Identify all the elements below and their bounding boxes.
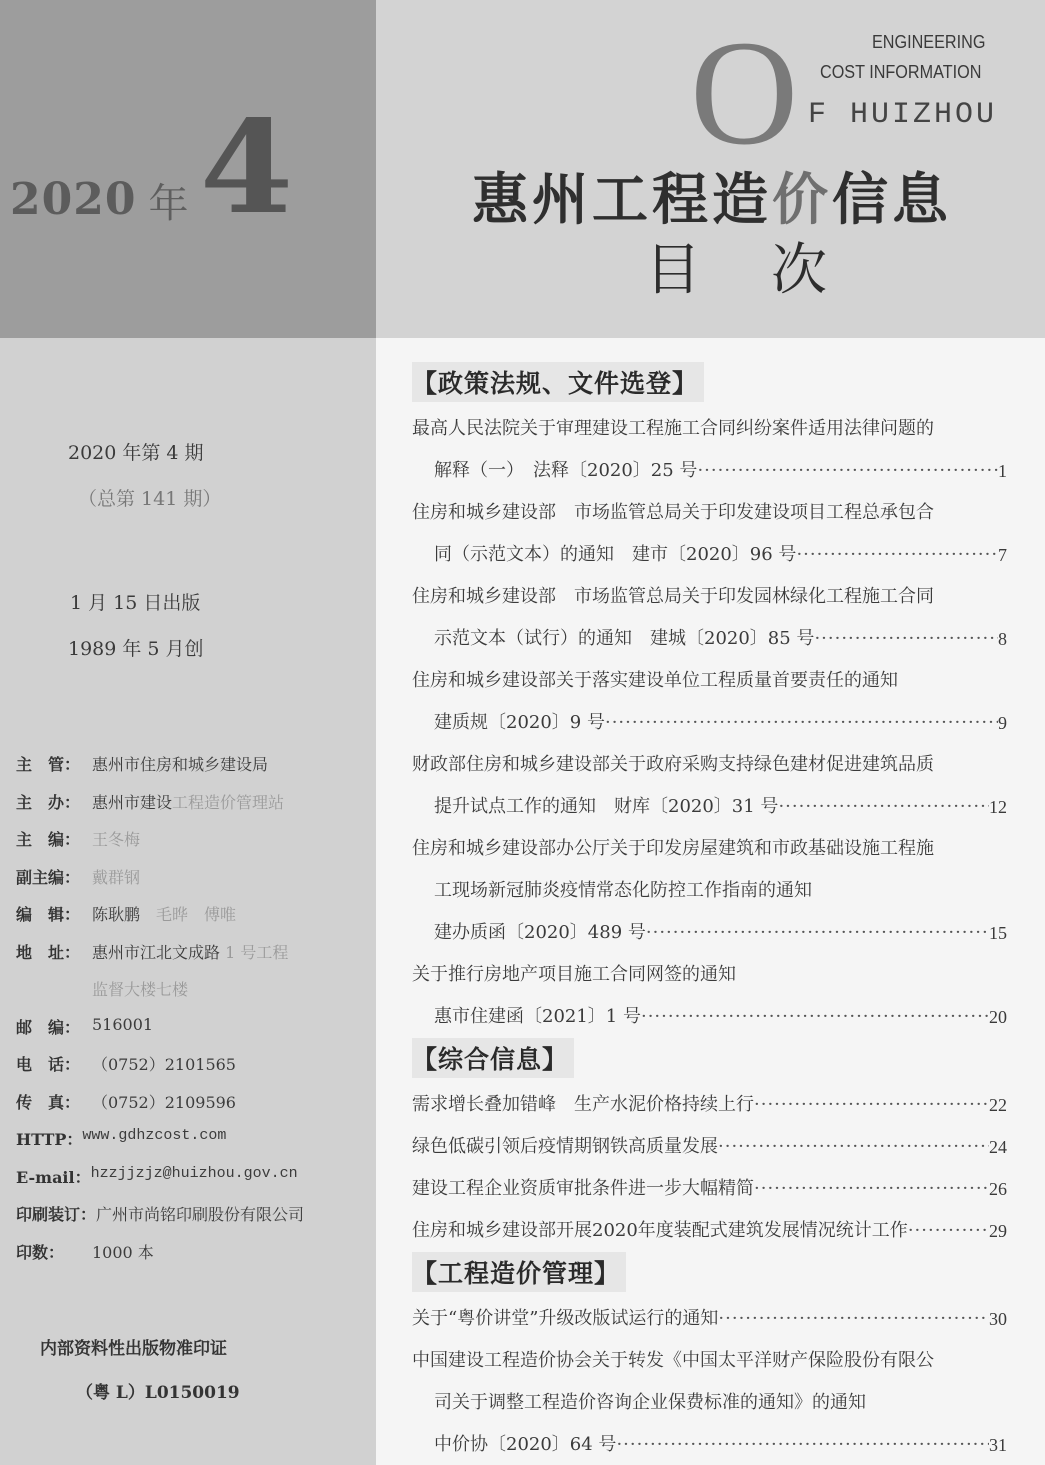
toc-entry-line[interactable]: 住房和城乡建设部关于落实建设单位工程质量首要责任的通知 <box>412 660 1007 702</box>
toc-entry-line[interactable]: 住房和城乡建设部 市场监管总局关于印发园林绿化工程施工合同 <box>412 576 1007 618</box>
toc-entry-line[interactable]: 财政部住房和城乡建设部关于政府采购支持绿色建材促进建筑品质 <box>412 744 1007 786</box>
masthead-value-text: （0752）2109596 <box>92 1093 236 1112</box>
issue-label: 2020 年第 4 期 <box>68 438 221 484</box>
toc-entry-line[interactable]: 关于推行房地产项目施工合同网签的通知 <box>412 954 1007 996</box>
title-accent-char: 价 <box>772 168 832 233</box>
toc-entry-line[interactable]: 住房和城乡建设部 市场监管总局关于印发建设项目工程总承包合 <box>412 492 1007 534</box>
toc-entry-text: 提升试点工作的通知 财库〔2020〕31 号 <box>434 786 778 828</box>
publication-info: 1 月 15 日出版 1989 年 5 月创 <box>70 588 204 680</box>
toc-entry[interactable]: 同（示范文本）的通知 建市〔2020〕96 号7 <box>412 534 1007 576</box>
founded-date: 1989 年 5 月创 <box>68 634 204 680</box>
toc-dot-leader <box>908 1210 989 1252</box>
masthead-value: （0752）2109596 <box>92 1090 236 1128</box>
masthead-value-text: 516001 <box>92 1015 153 1034</box>
masthead-value-faint: 1 号工程 <box>225 943 288 962</box>
masthead-value: 516001 <box>92 1015 153 1053</box>
masthead-value-text: 惠州市住房和城乡建设局 <box>92 755 268 774</box>
toc-heading: 目次 <box>645 240 897 302</box>
toc-entry[interactable]: 建质规〔2020〕9 号9 <box>412 702 1007 744</box>
toc-entry-text: 中国建设工程造价协会关于转发《中国太平洋财产保险股份有限公 <box>412 1340 934 1382</box>
toc-entry-text: 住房和城乡建设部开展2020年度装配式建筑发展情况统计工作 <box>412 1210 908 1252</box>
masthead-row: 邮 编：516001 <box>16 1015 304 1053</box>
masthead-row: 印刷装订：广州市尚铭印刷股份有限公司 <box>16 1202 304 1240</box>
toc-entry[interactable]: 提升试点工作的通知 财库〔2020〕31 号12 <box>412 786 1007 828</box>
toc-entry[interactable]: 需求增长叠加错峰 生产水泥价格持续上行22 <box>412 1084 1007 1126</box>
toc-page-number: 29 <box>989 1210 1007 1252</box>
logo-text-huizhou: F HUIZHOU <box>808 98 997 132</box>
toc-dot-leader <box>718 1126 989 1168</box>
masthead: 主 管：惠州市住房和城乡建设局主 办：惠州市建设工程造价管理站主 编：王冬梅副主… <box>16 752 304 1277</box>
issue-number-large: 4 <box>200 104 294 232</box>
toc-page-number: 9 <box>998 702 1007 744</box>
toc-entry-text: 住房和城乡建设部关于落实建设单位工程质量首要责任的通知 <box>412 660 898 702</box>
masthead-value-text: 陈耿鹏 <box>92 905 140 924</box>
masthead-row: 传 真：（0752）2109596 <box>16 1090 304 1128</box>
masthead-value-text: （0752）2101565 <box>92 1055 236 1074</box>
masthead-label: 主 编： <box>16 827 92 865</box>
toc-entry-line[interactable]: 工现场新冠肺炎疫情常态化防控工作指南的通知 <box>412 870 1007 912</box>
masthead-value-faint: 监督大楼七楼 <box>92 980 188 999</box>
toc-entry-line[interactable]: 司关于调整工程造价咨询企业保费标准的通知》的通知 <box>412 1382 1007 1424</box>
toc-entry-text: 关于推行房地产项目施工合同网签的通知 <box>412 954 736 996</box>
masthead-label: 副主编： <box>16 865 92 903</box>
toc-section-heading: 【政策法规、文件选登】 <box>412 362 704 402</box>
masthead-value-faint: 戴群钢 <box>92 868 140 887</box>
toc-entry-text: 财政部住房和城乡建设部关于政府采购支持绿色建材促进建筑品质 <box>412 744 934 786</box>
toc-page-number: 12 <box>989 786 1007 828</box>
masthead-value: www.gdhzcost.com <box>82 1127 226 1165</box>
masthead-label: 印刷装订： <box>16 1202 96 1240</box>
toc-dot-leader <box>697 450 998 492</box>
toc-entry-text: 需求增长叠加错峰 生产水泥价格持续上行 <box>412 1084 754 1126</box>
publication-title: 惠州工程造价信息 <box>472 170 952 232</box>
masthead-value: 戴群钢 <box>92 865 140 903</box>
toc-entry-text: 建设工程企业资质审批条件进一步大幅精简 <box>412 1168 754 1210</box>
masthead-label: HTTP： <box>16 1127 82 1165</box>
toc-entry-text: 工现场新冠肺炎疫情常态化防控工作指南的通知 <box>434 870 812 912</box>
toc-section-heading: 【工程造价管理】 <box>412 1252 626 1292</box>
publish-date: 1 月 15 日出版 <box>70 588 204 634</box>
year-char: 年 <box>148 184 188 224</box>
toc-entry[interactable]: 示范文本（试行）的通知 建城〔2020〕85 号8 <box>412 618 1007 660</box>
toc-entry-text: 建办质函〔2020〕489 号 <box>434 912 646 954</box>
masthead-row: 副主编：戴群钢 <box>16 865 304 903</box>
masthead-value: 1000 本 <box>92 1240 154 1278</box>
toc-entry-text: 住房和城乡建设部 市场监管总局关于印发园林绿化工程施工合同 <box>412 576 934 618</box>
masthead-row: 印数：1000 本 <box>16 1240 304 1278</box>
toc-entry-line[interactable]: 住房和城乡建设部办公厅关于印发房屋建筑和市政基础设施工程施 <box>412 828 1007 870</box>
toc-page-number: 8 <box>998 618 1007 660</box>
title-part-1: 惠州工程造 <box>472 168 772 233</box>
masthead-row: 监督大楼七楼 <box>16 977 304 1015</box>
masthead-value: 惠州市建设工程造价管理站 <box>92 790 284 828</box>
masthead-value-text: 惠州市建设 <box>92 793 172 812</box>
toc-page-number: 30 <box>989 1298 1007 1340</box>
masthead-value: 惠州市住房和城乡建设局 <box>92 752 268 790</box>
toc-entry[interactable]: 建办质函〔2020〕489 号15 <box>412 912 1007 954</box>
masthead-value: 监督大楼七楼 <box>92 977 188 1015</box>
logo-letter-o: O <box>690 18 798 168</box>
toc-page-number: 22 <box>989 1084 1007 1126</box>
masthead-value: 王冬梅 <box>92 827 140 865</box>
masthead-value-text: 1000 本 <box>92 1243 154 1262</box>
toc-entry-text: 最高人民法院关于审理建设工程施工合同纠纷案件适用法律问题的 <box>412 408 934 450</box>
masthead-value-text: hzzjjzjz@huizhou.gov.cn <box>91 1165 298 1182</box>
masthead-value: 广州市尚铭印刷股份有限公司 <box>96 1202 304 1240</box>
toc-section-heading: 【综合信息】 <box>412 1038 574 1078</box>
year-issue-block: 2020 年 4 <box>10 112 292 232</box>
permit-title: 内部资料性出版物准印证 <box>40 1334 240 1378</box>
toc-entry-text: 司关于调整工程造价咨询企业保费标准的通知》的通知 <box>434 1382 866 1424</box>
toc-entry[interactable]: 建设工程企业资质审批条件进一步大幅精简26 <box>412 1168 1007 1210</box>
masthead-value-text: 惠州市江北文成路 <box>92 943 225 962</box>
toc-entry-text: 建质规〔2020〕9 号 <box>434 702 605 744</box>
toc-page-number: 26 <box>989 1168 1007 1210</box>
masthead-label: E-mail： <box>16 1165 91 1203</box>
toc-dot-leader <box>605 702 998 744</box>
toc-page-number: 7 <box>998 534 1007 576</box>
toc-entry[interactable]: 解释（一） 法释〔2020〕25 号1 <box>412 450 1007 492</box>
masthead-label: 主 办： <box>16 790 92 828</box>
masthead-row: 电 话：（0752）2101565 <box>16 1052 304 1090</box>
masthead-value-text: www.gdhzcost.com <box>82 1127 226 1144</box>
toc-entry-text: 解释（一） 法释〔2020〕25 号 <box>434 450 697 492</box>
masthead-value: 陈耿鹏 毛晔 傅唯 <box>92 902 236 940</box>
toc-page-number: 20 <box>989 996 1007 1038</box>
toc-entry[interactable]: 中价协〔2020〕64 号31 <box>412 1424 1007 1465</box>
toc-entry-text: 同（示范文本）的通知 建市〔2020〕96 号 <box>434 534 796 576</box>
masthead-row: 主 办：惠州市建设工程造价管理站 <box>16 790 304 828</box>
masthead-row: HTTP：www.gdhzcost.com <box>16 1127 304 1165</box>
masthead-value-faint: 工程造价管理站 <box>172 793 284 812</box>
toc-entry-line[interactable]: 最高人民法院关于审理建设工程施工合同纠纷案件适用法律问题的 <box>412 408 1007 450</box>
toc-dot-leader <box>754 1084 989 1126</box>
masthead-value-faint: 毛晔 傅唯 <box>140 905 236 924</box>
masthead-value-faint: 王冬梅 <box>92 830 140 849</box>
toc-dot-leader <box>796 534 998 576</box>
masthead-row: 地 址：惠州市江北文成路 1 号工程 <box>16 940 304 978</box>
masthead-label: 编 辑： <box>16 902 92 940</box>
masthead-label: 地 址： <box>16 940 92 978</box>
year-number: 2020 <box>10 178 136 222</box>
toc-dot-leader <box>646 912 989 954</box>
masthead-label: 电 话： <box>16 1052 92 1090</box>
toc-dot-leader <box>616 1424 989 1465</box>
masthead-value: （0752）2101565 <box>92 1052 236 1090</box>
publication-permit: 内部资料性出版物准印证 （粤 L）L0150019 <box>40 1334 240 1422</box>
toc-page-number: 24 <box>989 1126 1007 1168</box>
permit-code: （粤 L）L0150019 <box>40 1378 240 1422</box>
toc-dot-leader <box>754 1168 989 1210</box>
toc-entry-text: 中价协〔2020〕64 号 <box>434 1424 616 1465</box>
toc-page-number: 31 <box>989 1424 1007 1465</box>
toc-entry[interactable]: 惠市住建函〔2021〕1 号20 <box>412 996 1007 1038</box>
logo-text-cost-information: COST INFORMATION <box>820 62 981 83</box>
toc-dot-leader <box>641 996 989 1038</box>
masthead-row: E-mail：hzzjjzjz@huizhou.gov.cn <box>16 1165 304 1203</box>
issue-info: 2020 年第 4 期 （总第 141 期） <box>68 438 221 530</box>
masthead-label: 传 真： <box>16 1090 92 1128</box>
masthead-value-text: 广州市尚铭印刷股份有限公司 <box>96 1205 304 1224</box>
masthead-label: 邮 编： <box>16 1015 92 1053</box>
toc-page-number: 1 <box>998 450 1007 492</box>
toc-entry-text: 住房和城乡建设部 市场监管总局关于印发建设项目工程总承包合 <box>412 492 934 534</box>
toc-entry-text: 示范文本（试行）的通知 建城〔2020〕85 号 <box>434 618 814 660</box>
toc-entry-text: 绿色低碳引领后疫情期钢铁高质量发展 <box>412 1126 718 1168</box>
masthead-value: 惠州市江北文成路 1 号工程 <box>92 940 288 978</box>
logo-text-engineering: ENGINEERING <box>872 32 985 53</box>
masthead-label: 主 管： <box>16 752 92 790</box>
toc-entry-text: 关于“粤价讲堂”升级改版试运行的通知 <box>412 1298 718 1340</box>
toc-entry-line[interactable]: 中国建设工程造价协会关于转发《中国太平洋财产保险股份有限公 <box>412 1340 1007 1382</box>
toc-page-number: 15 <box>989 912 1007 954</box>
title-part-2: 信息 <box>832 168 952 233</box>
table-of-contents: 【政策法规、文件选登】最高人民法院关于审理建设工程施工合同纠纷案件适用法律问题的… <box>412 362 1007 1465</box>
toc-entry[interactable]: 绿色低碳引领后疫情期钢铁高质量发展24 <box>412 1126 1007 1168</box>
masthead-label: 印数： <box>16 1240 92 1278</box>
toc-dot-leader <box>718 1298 989 1340</box>
masthead-row: 主 管：惠州市住房和城乡建设局 <box>16 752 304 790</box>
toc-entry[interactable]: 住房和城乡建设部开展2020年度装配式建筑发展情况统计工作29 <box>412 1210 1007 1252</box>
masthead-indent <box>16 977 92 1015</box>
toc-dot-leader <box>814 618 998 660</box>
masthead-row: 编 辑：陈耿鹏 毛晔 傅唯 <box>16 902 304 940</box>
masthead-row: 主 编：王冬梅 <box>16 827 304 865</box>
toc-entry-text: 惠市住建函〔2021〕1 号 <box>434 996 641 1038</box>
toc-entry[interactable]: 关于“粤价讲堂”升级改版试运行的通知30 <box>412 1298 1007 1340</box>
masthead-value: hzzjjzjz@huizhou.gov.cn <box>91 1165 298 1203</box>
total-issue-label: （总第 141 期） <box>68 484 221 530</box>
toc-dot-leader <box>778 786 989 828</box>
toc-entry-text: 住房和城乡建设部办公厅关于印发房屋建筑和市政基础设施工程施 <box>412 828 934 870</box>
